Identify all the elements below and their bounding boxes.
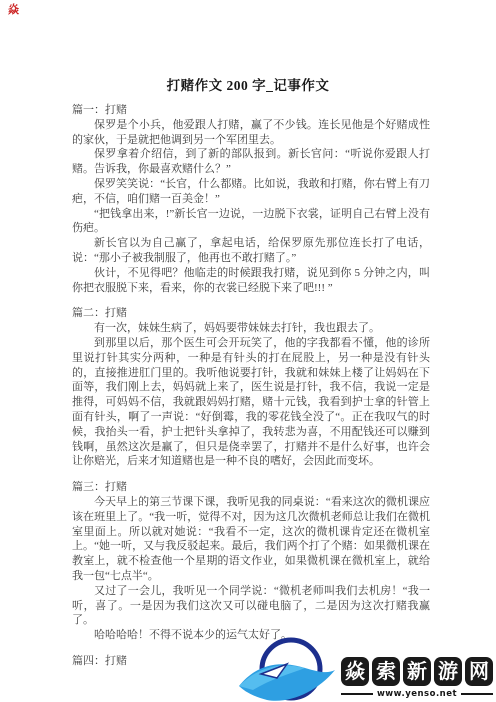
paragraph: 有一次，妹妹生病了，妈妈要带妹妹去打针，我也跟去了。	[72, 321, 430, 336]
paragraph: “把钱拿出来，!”新长官一边说，一边脱下衣裳，证明自己右臂上没有伤疤。	[72, 207, 430, 237]
logo-stamp-char: 索	[372, 657, 400, 686]
logo-stamp-char: 网	[465, 657, 493, 686]
document-page: 焱 打赌作文 200 字_记事作文 篇一：打赌 保罗是个小兵，他爱跟人打赌，赢了…	[0, 0, 496, 702]
section-heading: 篇一：打赌	[72, 103, 430, 118]
url-divider-line	[461, 693, 493, 695]
paragraph: 到那里以后，那个医生可会开玩笑了，他的字我都看不懂，他的诊所里说打针其实分两种，…	[72, 336, 430, 469]
paragraph: 保罗是个小兵，他爱跟人打赌，赢了不少钱。连长见他是个好赌成性的家伙，于是就把他调…	[72, 118, 430, 148]
logo-stamp-char: 新	[403, 657, 431, 686]
section-heading: 篇二：打赌	[72, 306, 430, 321]
logo-text-block: 焱 索 新 游 网 www.yenso.net	[341, 657, 493, 702]
site-watermark-logo: 焱 索 新 游 网 www.yenso.net	[239, 630, 493, 702]
paragraph: 保罗拿着介绍信，到了新的部队报到。新长官问：“听说你爱跟人打赌。告诉我，你最喜欢…	[72, 147, 430, 177]
site-url: www.yenso.net	[377, 689, 457, 699]
logo-stamp-row: 焱 索 新 游 网	[341, 657, 493, 686]
section-heading: 篇三：打赌	[72, 480, 430, 495]
essay-content: 篇一：打赌 保罗是个小兵，他爱跟人打赌，赢了不少钱。连长见他是个好赌成性的家伙，…	[72, 103, 430, 669]
paragraph: 新长官以为自己赢了，拿起电话，给保罗原先那位连长打了电话，说：“那小子被我制服了…	[72, 236, 430, 266]
paragraph: 保罗笑笑说：“长官，什么都赌。比如说，我敢和打赌，你右臂上有刀疤，不信，咱们赌一…	[72, 177, 430, 207]
logo-stamp-char: 焱	[341, 657, 369, 686]
essay-section-2: 篇二：打赌 有一次，妹妹生病了，妈妈要带妹妹去打针，我也跟去了。 到那里以后，那…	[72, 306, 430, 469]
logo-stamp-char: 游	[434, 657, 462, 686]
corner-stamp-icon: 焱	[8, 4, 19, 16]
paragraph: 今天早上的第三节课下课，我听见我的同桌说：“看来这次的微机课应该在班里上了。“我…	[72, 495, 430, 584]
wave-circle-logo-icon	[239, 634, 337, 702]
essay-section-1: 篇一：打赌 保罗是个小兵，他爱跟人打赌，赢了不少钱。连长见他是个好赌成性的家伙，…	[72, 103, 430, 295]
page-title: 打赌作文 200 字_记事作文	[0, 0, 496, 94]
url-divider-line	[341, 693, 373, 695]
logo-url-row: www.yenso.net	[341, 689, 493, 699]
paragraph: 伙计，不见得吧？他临走的时候跟我打赌，说见到你 5 分钟之内，叫你把衣服脱下来，…	[72, 266, 430, 296]
paragraph: 又过了一会儿，我听见一个同学说：“微机老师叫我们去机房！“我一听，喜了。一是因为…	[72, 584, 430, 628]
essay-section-3: 篇三：打赌 今天早上的第三节课下课，我听见我的同桌说：“看来这次的微机课应该在班…	[72, 480, 430, 643]
